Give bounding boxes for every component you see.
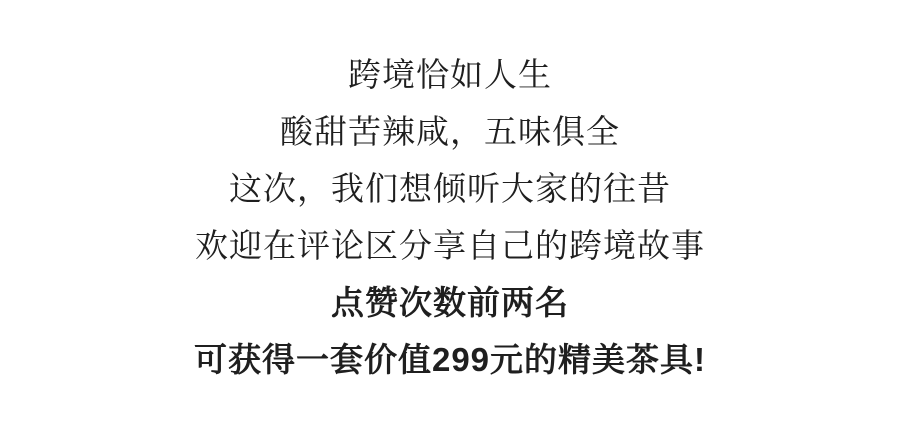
text-line-5: 点赞次数前两名: [0, 274, 900, 331]
text-line-4: 欢迎在评论区分享自己的跨境故事: [0, 217, 900, 274]
text-line-3: 这次，我们想倾听大家的往昔: [0, 160, 900, 217]
text-line-2: 酸甜苦辣咸，五味俱全: [0, 103, 900, 160]
text-line-1: 跨境恰如人生: [0, 46, 900, 103]
text-line-6: 可获得一套价值299元的精美茶具!: [0, 331, 900, 388]
announcement-text-block: 跨境恰如人生 酸甜苦辣咸，五味俱全 这次，我们想倾听大家的往昔 欢迎在评论区分享…: [0, 0, 900, 388]
announcement-page: 跨境恰如人生 酸甜苦辣咸，五味俱全 这次，我们想倾听大家的往昔 欢迎在评论区分享…: [0, 0, 900, 445]
